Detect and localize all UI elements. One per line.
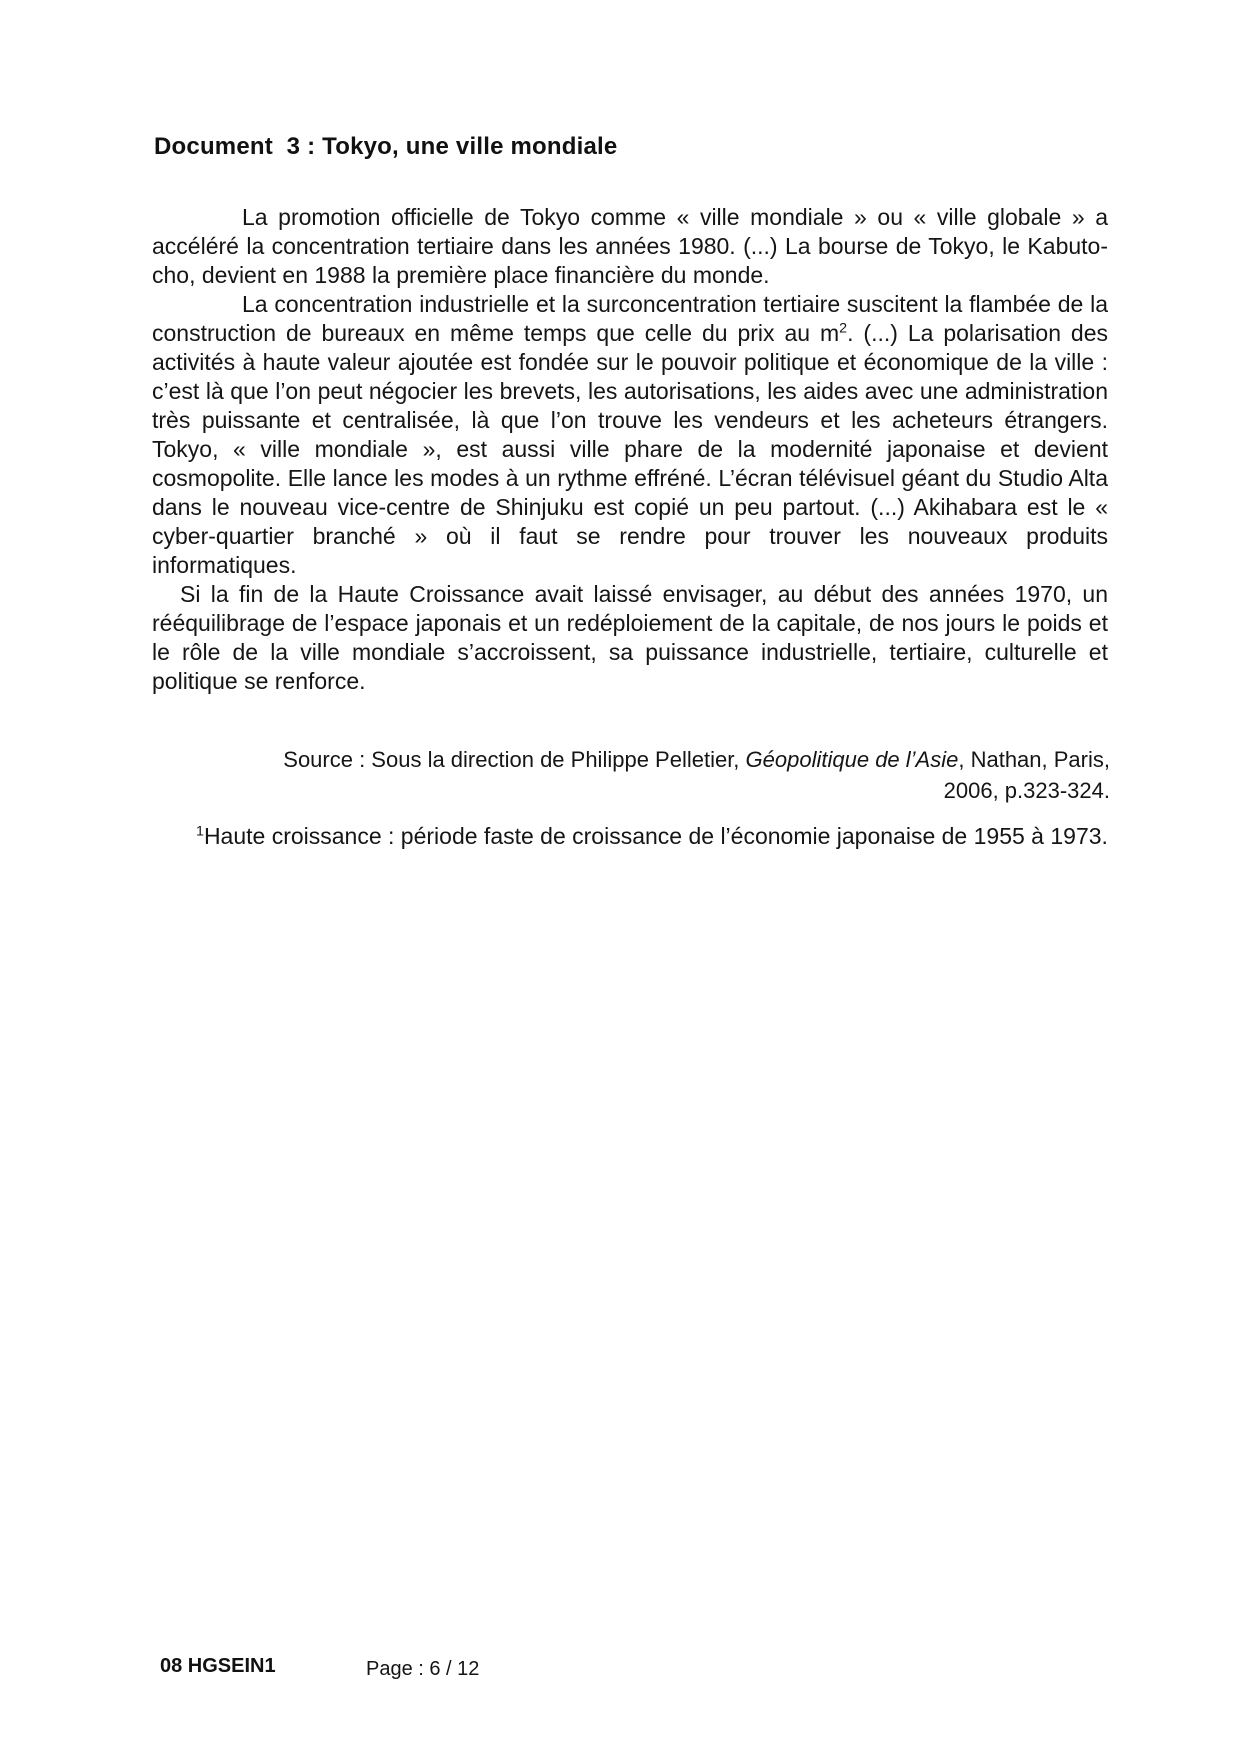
footer-page-number: Page : 6 / 12 — [366, 1658, 479, 1681]
document-page: Document 3 : Tokyo, une ville mondiale L… — [0, 0, 1240, 1754]
source-book-title: Géopolitique de l’Asie — [746, 747, 959, 772]
source-line-1-suffix: , Nathan, Paris, — [958, 747, 1110, 772]
paragraph-3: Si la fin de la Haute Croissance avait l… — [152, 580, 1108, 696]
square-meter-superscript: 2 — [839, 320, 847, 336]
document-body: La promotion officielle de Tokyo comme «… — [152, 203, 1108, 696]
paragraph-2-text-after-sup: . (...) La polarisation des activités à … — [152, 320, 1108, 578]
paragraph-2: La concentration industrielle et la surc… — [152, 290, 1108, 580]
footnote-number-superscript: 1 — [196, 823, 204, 839]
source-line-1: Source : Sous la direction de Philippe P… — [152, 744, 1110, 775]
footnote-text: Haute croissance : période faste de croi… — [204, 823, 1108, 849]
footer-document-code: 08 HGSEIN1 — [160, 1655, 276, 1678]
source-line-1-prefix: Source : Sous la direction de Philippe P… — [283, 747, 745, 772]
document-heading: Document 3 : Tokyo, une ville mondiale — [154, 133, 617, 161]
source-line-2: 2006, p.323-324. — [152, 775, 1110, 806]
paragraph-1: La promotion officielle de Tokyo comme «… — [152, 203, 1108, 290]
footnote: 1Haute croissance : période faste de cro… — [166, 822, 1110, 851]
source-citation: Source : Sous la direction de Philippe P… — [152, 744, 1110, 806]
